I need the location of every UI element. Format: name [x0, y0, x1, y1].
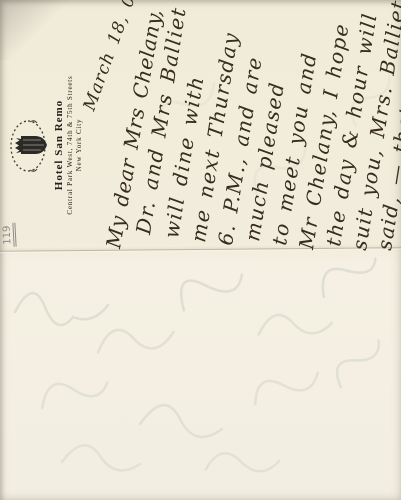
scanned-letter-page: 119 Hotel San Remo Central Park West, 74…: [0, 0, 401, 500]
hotel-name: Hotel San Remo: [53, 45, 66, 245]
hotel-city: New York City: [75, 45, 84, 245]
letterhead: Hotel San Remo Central Park West, 74th &…: [8, 45, 84, 245]
hotel-address: Central Park West, 74th & 75th Streets: [66, 45, 75, 245]
rotated-letter-content: 119 Hotel San Remo Central Park West, 74…: [0, 0, 401, 500]
hotel-crest-icon: [8, 116, 52, 174]
